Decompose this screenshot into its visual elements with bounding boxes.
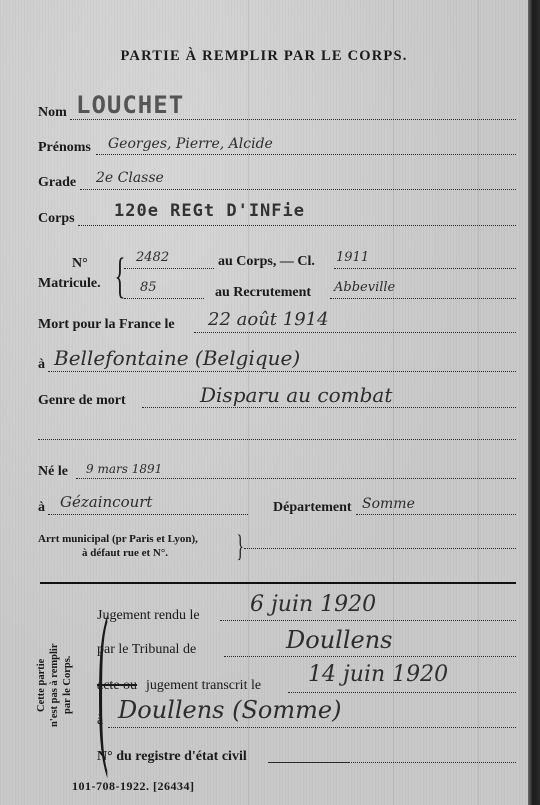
registre-line [348,762,516,763]
death-record-card: PARTIE À REMPLIR PAR LE CORPS. Nom LOUCH… [0,0,528,805]
ne-le-label: Né le [38,464,68,480]
matricule-recrutement-value: 85 [140,280,157,295]
transcrit-line [288,692,516,693]
genre-mort-line [142,407,516,408]
form-title: PARTIE À REMPLIR PAR LE CORPS. [0,48,528,65]
transcription-lieu-label: à [97,713,103,729]
departement-value: Somme [362,496,415,512]
prenoms-line [96,154,516,155]
mort-value: 22 août 1914 [208,309,329,330]
grade-line [80,189,516,190]
ne-le-line [76,478,516,479]
matricule-no-label: N° [72,256,88,272]
blank-line [38,439,516,440]
recrutement-place-value: Abbeville [334,280,395,295]
lieu-naissance-line [48,514,248,515]
jugement-rendu-line [220,620,516,621]
section-separator [40,582,516,584]
arrondissement-label-line1: Arrt municipal (pr Paris et Lyon), [38,533,198,545]
side-note-line3: par le Corps. [62,610,73,760]
tribunal-label: par le Tribunal de [97,642,196,658]
corps-value: 120e REGt D'INFie [114,201,305,221]
side-note: Cette partie n'est pas à remplir par le … [24,610,84,760]
print-reference: 101-708-1922. [26434] [72,779,194,794]
tribunal-value: Doullens [286,626,392,654]
side-note-line1: Cette partie [36,610,47,760]
matricule-recrutement-line [124,298,204,299]
scan-edge [528,0,540,805]
lieu-mort-line [48,371,516,372]
recrutement-label: au Recrutement [215,285,311,301]
transcrit-strike: acte ou [97,678,137,694]
lieu-mort-value: Bellefontaine (Belgique) [54,346,300,370]
transcrit-value: 14 juin 1920 [308,662,448,687]
matricule-corps-line [124,268,214,269]
arrondissement-line [244,548,516,549]
jugement-rendu-value: 6 juin 1920 [250,592,376,617]
transcrit-label: jugement transcrit le [146,678,261,694]
arrondissement-brace: } [236,530,243,564]
registre-label: N° du registre d'état civil [97,749,247,765]
matricule-corps-value: 2482 [136,250,169,265]
prenoms-value: Georges, Pierre, Alcide [108,136,273,152]
nom-value: LOUCHET [76,91,184,119]
prenoms-label: Prénoms [38,140,91,156]
recrutement-place-line [330,298,516,299]
matricule-corps-label: au Corps, — Cl. [218,254,315,270]
matricule-label: Matricule. [38,276,101,292]
departement-label: Département [273,500,352,516]
transcription-lieu-value: Doullens (Somme) [118,696,341,724]
genre-mort-label: Genre de mort [38,393,126,409]
corps-line [78,225,516,226]
arrondissement-label-line2: à défaut rue et N°. [82,547,168,559]
transcription-lieu-line [108,727,516,728]
grade-value: 2e Classe [96,170,164,186]
lieu-naissance-value: Gézaincourt [60,493,152,511]
paper-fold-line [478,0,479,805]
mort-label: Mort pour la France le [38,317,175,333]
grade-label: Grade [38,175,76,191]
departement-line [356,514,516,515]
classe-value: 1911 [336,250,369,265]
lieu-naissance-label: à [38,500,45,516]
registre-line-solid [268,762,348,763]
ne-le-value: 9 mars 1891 [86,462,162,476]
corps-label: Corps [38,211,75,227]
genre-mort-value: Disparu au combat [200,383,392,407]
mort-line [194,332,516,333]
classe-line [334,268,516,269]
nom-line [70,119,516,120]
matricule-brace: { [115,246,126,304]
jugement-rendu-label: Jugement rendu le [97,608,200,624]
side-note-line2: n'est pas à remplir [49,610,60,760]
tribunal-line [224,656,516,657]
lieu-mort-label: à [38,357,45,373]
nom-label: Nom [38,105,67,121]
